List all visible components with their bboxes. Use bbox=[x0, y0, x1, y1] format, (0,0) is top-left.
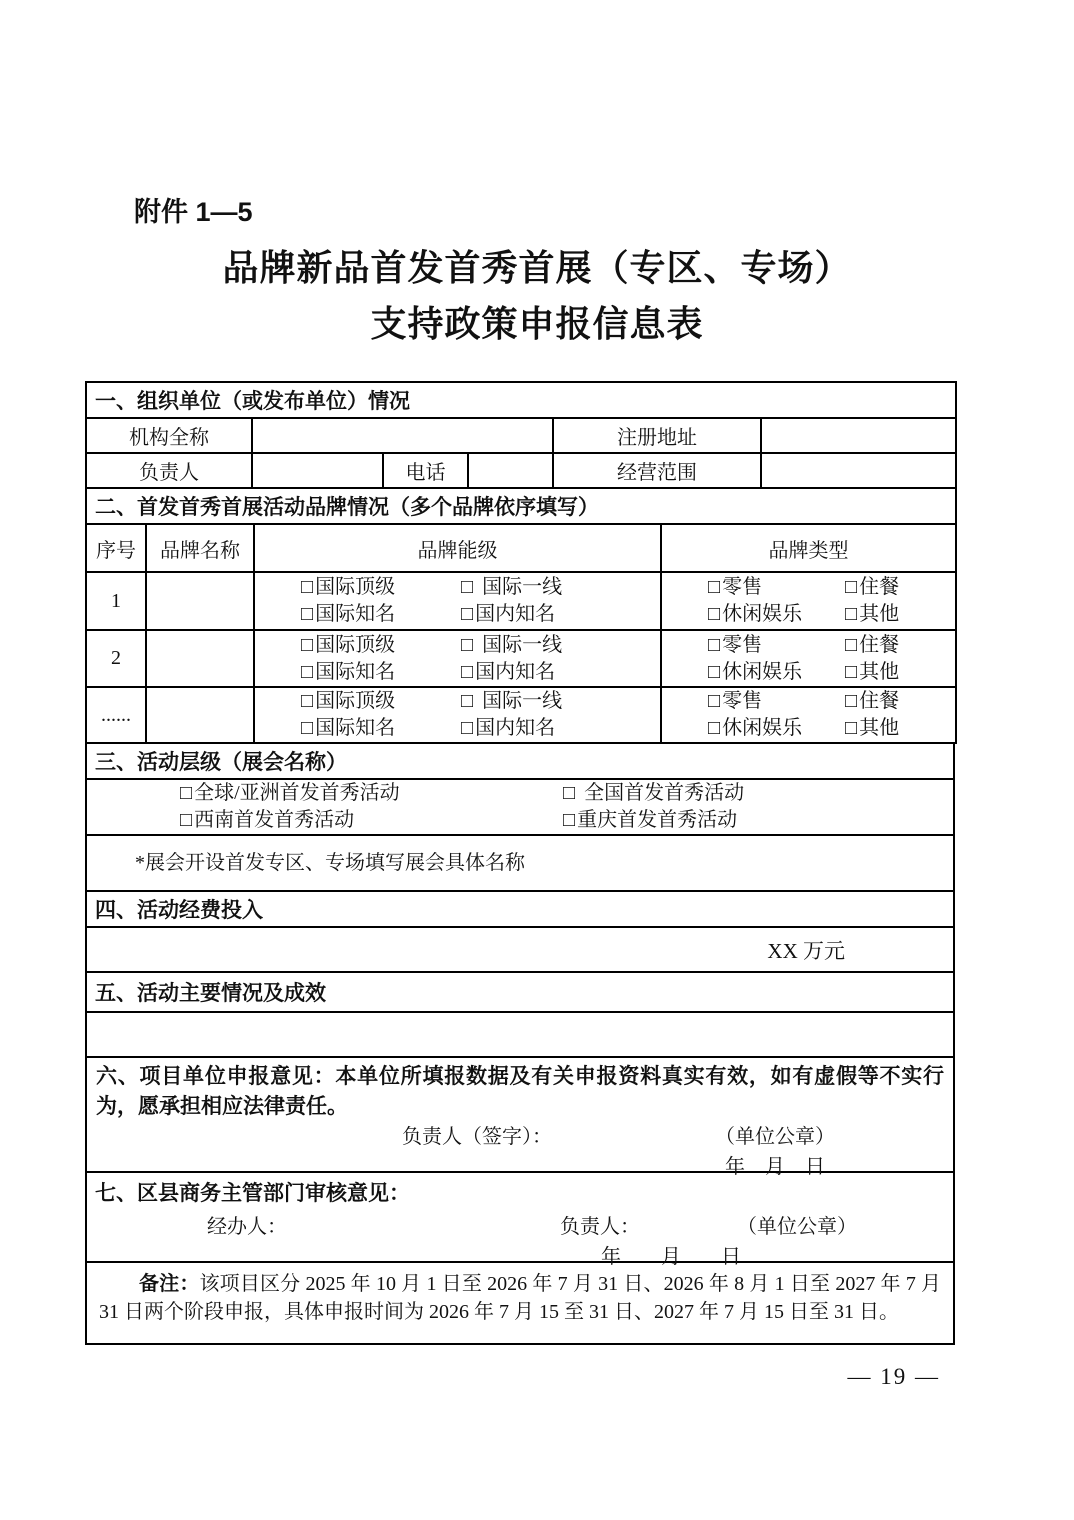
checkbox-icon: □ bbox=[301, 690, 313, 712]
reg-address-input[interactable] bbox=[761, 418, 956, 453]
county-review-cell: 七、区县商务主管部门审核意见： 经办人： 负责人： （单位公章） 年 月 日 bbox=[86, 1172, 954, 1262]
checkbox-icon: □ bbox=[708, 717, 720, 739]
option-other[interactable]: □其他 bbox=[845, 659, 899, 686]
page-title-line1: 品牌新品首发首秀首展（专区、专场） bbox=[0, 240, 1074, 296]
checkbox-icon: □ bbox=[180, 782, 192, 804]
page-number: — 19 — bbox=[848, 1364, 941, 1390]
section3-table: 三、活动层级（展会名称） □全球/亚洲首发首秀活动 □全国首发首秀活动 □西南首… bbox=[85, 742, 955, 892]
handler-label: 经办人： bbox=[207, 1210, 287, 1239]
option-lodging-dining[interactable]: □住餐 bbox=[845, 574, 899, 601]
option-label: 国际一线 bbox=[482, 576, 562, 598]
option-label: 零售 bbox=[722, 634, 762, 656]
option-label: 休闲娱乐 bbox=[722, 661, 802, 683]
checkbox-icon: □ bbox=[708, 576, 720, 598]
brand-type-cell: □零售 □住餐 □休闲娱乐 □其他 bbox=[661, 572, 956, 630]
section7-header: 七、区县商务主管部门审核意见： bbox=[87, 1173, 953, 1209]
checkbox-icon: □ bbox=[461, 576, 473, 598]
section1-table: 一、组织单位（或发布单位）情况 机构全称 注册地址 负责人 电话 经营范围 bbox=[85, 381, 957, 489]
phone-input[interactable] bbox=[468, 453, 553, 488]
option-label: 其他 bbox=[859, 603, 899, 625]
remark-table: 备注：该项目区分 2025 年 10 月 1 日至 2026 年 7 月 31 … bbox=[85, 1261, 955, 1345]
option-label: 休闲娱乐 bbox=[722, 717, 802, 739]
section4-table: 四、活动经费投入 XX 万元 bbox=[85, 890, 955, 973]
document-page: 附件 1—5 品牌新品首发首秀首展（专区、专场） 支持政策申报信息表 一、组织单… bbox=[0, 0, 1074, 1520]
option-label: 国际一线 bbox=[482, 690, 562, 712]
checkbox-icon: □ bbox=[845, 661, 857, 683]
option-label: 住餐 bbox=[859, 690, 899, 712]
date-label: 年 月 日 bbox=[601, 1240, 741, 1269]
brand-type-cell: □零售 □住餐 □休闲娱乐 □其他 bbox=[661, 687, 956, 743]
option-leisure[interactable]: □休闲娱乐 bbox=[708, 601, 845, 628]
option-lodging-dining[interactable]: □住餐 bbox=[845, 632, 899, 659]
remark-text: 备注：该项目区分 2025 年 10 月 1 日至 2026 年 7 月 31 … bbox=[99, 1270, 941, 1326]
brand-level-cell: □国际顶级 □国际一线 □国际知名 □国内知名 bbox=[254, 630, 661, 687]
option-label: 零售 bbox=[722, 576, 762, 598]
brand-type-cell: □零售 □住餐 □休闲娱乐 □其他 bbox=[661, 630, 956, 687]
option-other[interactable]: □其他 bbox=[845, 601, 899, 628]
section5-header: 五、活动主要情况及成效 bbox=[86, 972, 954, 1012]
checkbox-icon: □ bbox=[461, 661, 473, 683]
person-label: 负责人 bbox=[86, 453, 252, 488]
section3-header: 三、活动层级（展会名称） bbox=[86, 743, 954, 779]
option-label: 国内知名 bbox=[475, 603, 555, 625]
option-label: 全国首发首秀活动 bbox=[584, 782, 744, 804]
option-label: 其他 bbox=[859, 717, 899, 739]
option-other[interactable]: □其他 bbox=[845, 715, 899, 742]
checkbox-icon: □ bbox=[461, 690, 473, 712]
declaration-statement: 六、项目单位申报意见：本单位所填报数据及有关申报资料真实有效，如有虚假等不实行为… bbox=[87, 1058, 953, 1122]
option-label: 国际知名 bbox=[315, 603, 395, 625]
table-row: 2 □国际顶级 □国际一线 □国际知名 □国内知名 □零售 □住餐 bbox=[86, 630, 956, 687]
org-name-input[interactable] bbox=[252, 418, 553, 453]
option-label: 国际一线 bbox=[482, 634, 562, 656]
phone-label: 电话 bbox=[383, 453, 468, 488]
option-retail[interactable]: □零售 bbox=[708, 574, 845, 601]
person-label: 负责人： bbox=[560, 1210, 640, 1239]
brand-name-input[interactable] bbox=[146, 572, 254, 630]
form-table: 一、组织单位（或发布单位）情况 机构全称 注册地址 负责人 电话 经营范围 二、… bbox=[85, 381, 955, 1345]
brand-name-input[interactable] bbox=[146, 687, 254, 743]
option-label: 国际知名 bbox=[315, 661, 395, 683]
checkbox-icon: □ bbox=[845, 717, 857, 739]
exhibition-name-note: *展会开设首发专区、专场填写展会具体名称 bbox=[86, 835, 954, 891]
option-southwest[interactable]: □西南首发首秀活动 bbox=[180, 807, 563, 834]
checkbox-icon: □ bbox=[461, 717, 473, 739]
option-label: 国际顶级 bbox=[315, 634, 395, 656]
brand-seq: 1 bbox=[86, 572, 146, 630]
option-label: 西南首发首秀活动 bbox=[194, 809, 354, 831]
table-row: ...... □国际顶级 □国际一线 □国际知名 □国内知名 □零售 □住 bbox=[86, 687, 956, 743]
checkbox-icon: □ bbox=[845, 690, 857, 712]
option-label: 休闲娱乐 bbox=[722, 603, 802, 625]
checkbox-icon: □ bbox=[301, 603, 313, 625]
checkbox-icon: □ bbox=[845, 603, 857, 625]
sign-label: 负责人（签字）： bbox=[402, 1120, 552, 1149]
option-intl-firstline[interactable]: □国际一线 bbox=[461, 574, 562, 601]
brand-seq: 2 bbox=[86, 630, 146, 687]
option-intl-known[interactable]: □国际知名 bbox=[301, 715, 461, 742]
col-header-brand-level: 品牌能级 bbox=[254, 524, 661, 572]
checkbox-icon: □ bbox=[301, 634, 313, 656]
option-intl-firstline[interactable]: □国际一线 bbox=[461, 688, 562, 715]
activity-details-input[interactable] bbox=[86, 1012, 954, 1057]
remark-label: 备注： bbox=[139, 1273, 200, 1295]
seal-label: （单位公章） bbox=[715, 1120, 835, 1149]
option-label: 国际顶级 bbox=[315, 576, 395, 598]
funding-amount-input[interactable]: XX 万元 bbox=[86, 927, 954, 972]
checkbox-icon: □ bbox=[301, 576, 313, 598]
checkbox-icon: □ bbox=[708, 603, 720, 625]
option-lodging-dining[interactable]: □住餐 bbox=[845, 688, 899, 715]
checkbox-icon: □ bbox=[180, 809, 192, 831]
section7-table: 七、区县商务主管部门审核意见： 经办人： 负责人： （单位公章） 年 月 日 bbox=[85, 1171, 955, 1263]
option-intl-known[interactable]: □国际知名 bbox=[301, 601, 461, 628]
option-intl-top[interactable]: □国际顶级 bbox=[301, 632, 461, 659]
brand-seq: ...... bbox=[86, 687, 146, 743]
brand-level-cell: □国际顶级 □国际一线 □国际知名 □国内知名 bbox=[254, 687, 661, 743]
option-chongqing[interactable]: □重庆首发首秀活动 bbox=[563, 807, 737, 834]
option-label: 住餐 bbox=[859, 634, 899, 656]
remark-body: 该项目区分 2025 年 10 月 1 日至 2026 年 7 月 31 日、2… bbox=[99, 1273, 941, 1323]
option-intl-top[interactable]: □国际顶级 bbox=[301, 688, 461, 715]
checkbox-icon: □ bbox=[845, 576, 857, 598]
activity-level-options: □全球/亚洲首发首秀活动 □全国首发首秀活动 □西南首发首秀活动 □重庆首发首秀… bbox=[86, 779, 954, 835]
option-intl-known[interactable]: □国际知名 bbox=[301, 659, 461, 686]
reg-address-label: 注册地址 bbox=[553, 418, 761, 453]
org-name-label: 机构全称 bbox=[86, 418, 252, 453]
section1-header: 一、组织单位（或发布单位）情况 bbox=[86, 382, 956, 418]
option-label: 全球/亚洲首发首秀活动 bbox=[194, 782, 400, 804]
person-input[interactable] bbox=[252, 453, 383, 488]
applicant-declaration-cell: 六、项目单位申报意见：本单位所填报数据及有关申报资料真实有效，如有虚假等不实行为… bbox=[86, 1057, 954, 1172]
col-header-brand-type: 品牌类型 bbox=[661, 524, 956, 572]
checkbox-icon: □ bbox=[461, 603, 473, 625]
option-label: 国内知名 bbox=[475, 661, 555, 683]
checkbox-icon: □ bbox=[708, 661, 720, 683]
option-national[interactable]: □全国首发首秀活动 bbox=[563, 780, 744, 807]
col-header-seq: 序号 bbox=[86, 524, 146, 572]
scope-input[interactable] bbox=[761, 453, 956, 488]
option-intl-firstline[interactable]: □国际一线 bbox=[461, 632, 562, 659]
page-title: 品牌新品首发首秀首展（专区、专场） 支持政策申报信息表 bbox=[0, 240, 1074, 352]
section5-table: 五、活动主要情况及成效 bbox=[85, 971, 955, 1058]
option-intl-top[interactable]: □国际顶级 bbox=[301, 574, 461, 601]
option-domestic-known[interactable]: □国内知名 bbox=[461, 601, 555, 628]
checkbox-icon: □ bbox=[563, 782, 575, 804]
option-label: 零售 bbox=[722, 690, 762, 712]
option-label: 国内知名 bbox=[475, 717, 555, 739]
brand-level-cell: □国际顶级 □国际一线 □国际知名 □国内知名 bbox=[254, 572, 661, 630]
option-label: 国际顶级 bbox=[315, 690, 395, 712]
checkbox-icon: □ bbox=[301, 661, 313, 683]
option-retail[interactable]: □零售 bbox=[708, 632, 845, 659]
page-title-line2: 支持政策申报信息表 bbox=[0, 296, 1074, 352]
checkbox-icon: □ bbox=[301, 717, 313, 739]
checkbox-icon: □ bbox=[563, 809, 575, 831]
option-label: 重庆首发首秀活动 bbox=[577, 809, 737, 831]
option-global-asia[interactable]: □全球/亚洲首发首秀活动 bbox=[180, 780, 563, 807]
option-domestic-known[interactable]: □国内知名 bbox=[461, 659, 555, 686]
seal-label: （单位公章） bbox=[737, 1210, 857, 1239]
col-header-brand-name: 品牌名称 bbox=[146, 524, 254, 572]
section2-table: 二、首发首秀首展活动品牌情况（多个品牌依序填写） 序号 品牌名称 品牌能级 品牌… bbox=[85, 487, 957, 744]
brand-name-input[interactable] bbox=[146, 630, 254, 687]
section6-table: 六、项目单位申报意见：本单位所填报数据及有关申报资料真实有效，如有虚假等不实行为… bbox=[85, 1056, 955, 1173]
checkbox-icon: □ bbox=[708, 634, 720, 656]
option-leisure[interactable]: □休闲娱乐 bbox=[708, 715, 845, 742]
checkbox-icon: □ bbox=[845, 634, 857, 656]
scope-label: 经营范围 bbox=[553, 453, 761, 488]
option-label: 住餐 bbox=[859, 576, 899, 598]
attachment-label: 附件 1—5 bbox=[134, 190, 253, 229]
option-retail[interactable]: □零售 bbox=[708, 688, 845, 715]
remark-cell: 备注：该项目区分 2025 年 10 月 1 日至 2026 年 7 月 31 … bbox=[86, 1262, 954, 1344]
table-row: 1 □国际顶级 □国际一线 □国际知名 □国内知名 □零售 □住餐 bbox=[86, 572, 956, 630]
option-label: 其他 bbox=[859, 661, 899, 683]
section4-header: 四、活动经费投入 bbox=[86, 891, 954, 927]
checkbox-icon: □ bbox=[461, 634, 473, 656]
option-domestic-known[interactable]: □国内知名 bbox=[461, 715, 555, 742]
section2-header: 二、首发首秀首展活动品牌情况（多个品牌依序填写） bbox=[86, 488, 956, 524]
option-label: 国际知名 bbox=[315, 717, 395, 739]
option-leisure[interactable]: □休闲娱乐 bbox=[708, 659, 845, 686]
checkbox-icon: □ bbox=[708, 690, 720, 712]
